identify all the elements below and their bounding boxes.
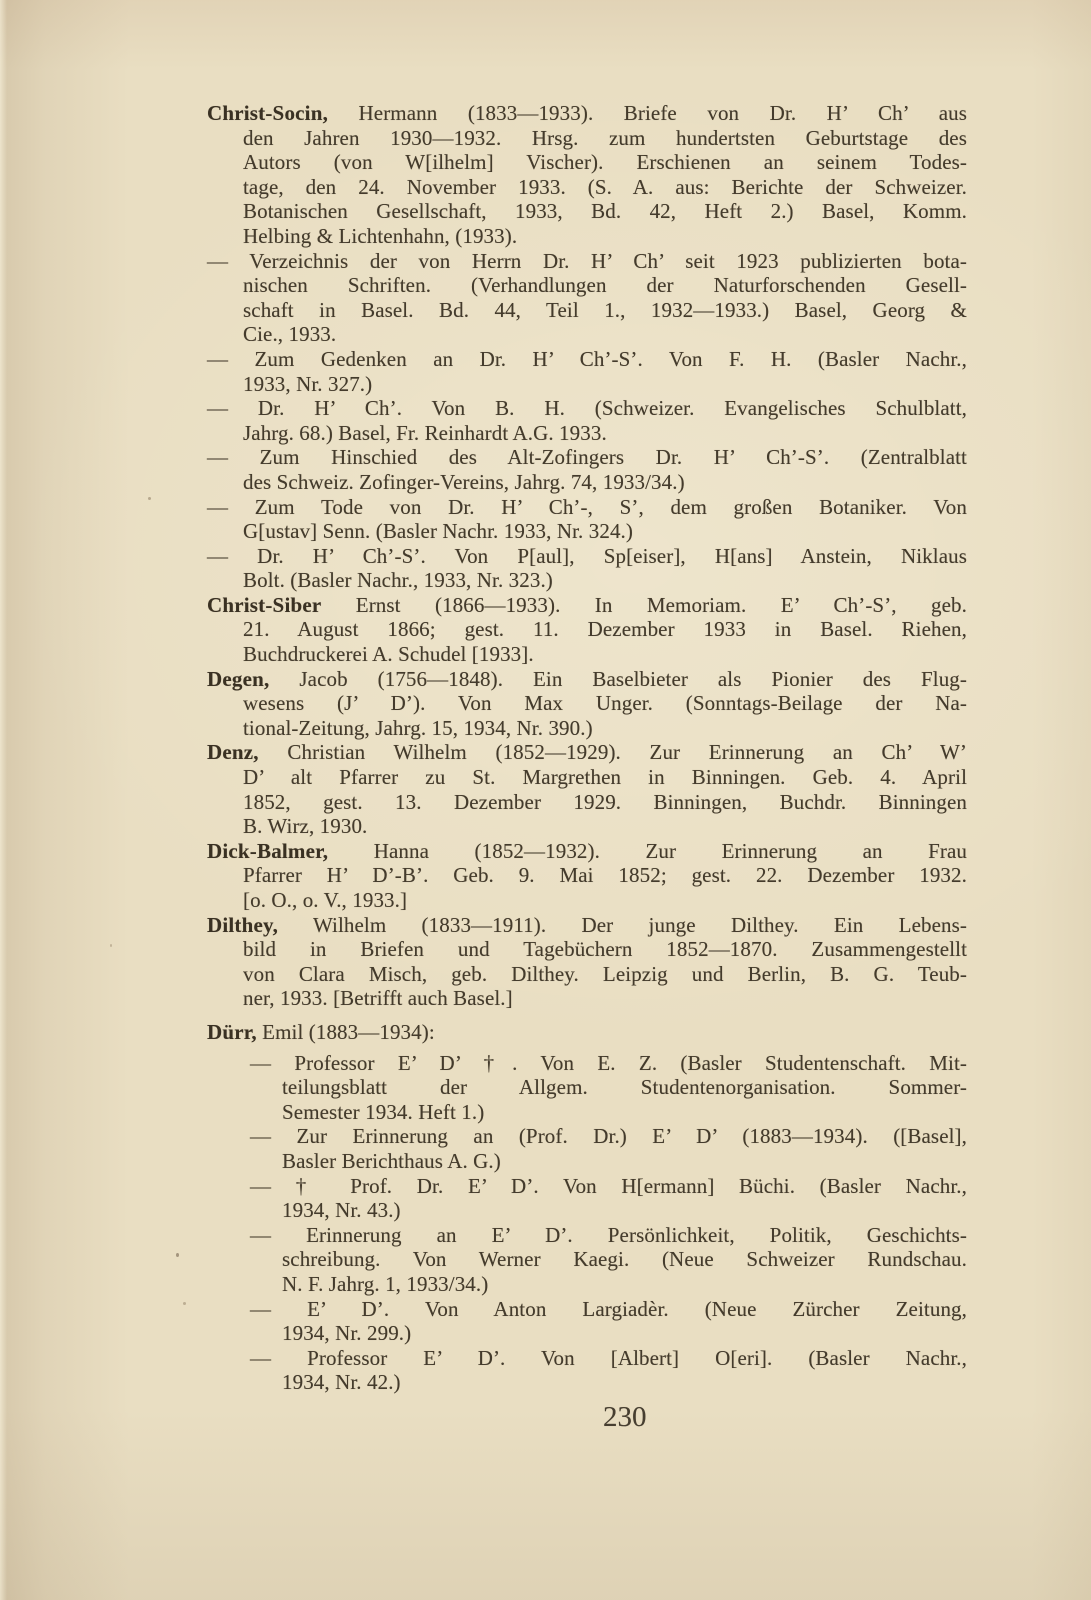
bibliography-entry: — Dr. H’ Ch’. Von B. H. (Schweizer. Evan… <box>207 396 967 445</box>
entry-headword: Dilthey, <box>207 913 278 937</box>
entry-line-text: Emil (1883—1934): <box>262 1020 435 1044</box>
entry-line: Autors (von W[ilhelm] Vischer). Erschien… <box>243 150 967 175</box>
entry-line: Cie., 1933. <box>243 322 967 347</box>
paper-speck <box>148 497 151 500</box>
bibliography-entry: — Zum Hinschied des Alt-Zofingers Dr. H’… <box>207 445 967 494</box>
bibliography-entry: — Zum Tode von Dr. H’ Ch’-, S’, dem groß… <box>207 495 967 544</box>
entry-line: Helbing & Lichtenhahn, (1933). <box>243 224 967 249</box>
bibliography-entry: — Verzeichnis der von Herrn Dr. H’ Ch’ s… <box>207 249 967 347</box>
bibliography-entry: Christ-Siber Ernst (1866—1933). In Memor… <box>207 593 967 667</box>
entry-line: Bolt. (Basler Nachr., 1933, Nr. 323.) <box>243 568 967 593</box>
bibliography-entry: Denz, Christian Wilhelm (1852—1929). Zur… <box>207 740 967 838</box>
entry-line: D’ alt Pfarrer zu St. Margrethen in Binn… <box>243 765 967 790</box>
entry-line: von Clara Misch, geb. Dilthey. Leipzig u… <box>243 962 967 987</box>
bibliography-entry: Christ-Socin, Hermann (1833—1933). Brief… <box>207 101 967 249</box>
bibliography-entry: — Erinnerung an E’ D’. Persönlichkeit, P… <box>207 1223 967 1297</box>
entry-headword: Christ-Siber <box>207 593 321 617</box>
entry-line-text: Hanna (1852—1932). Zur Erinnerung an Fra… <box>374 839 967 863</box>
entry-line: 21. August 1866; gest. 11. Dezember 1933… <box>243 617 967 642</box>
entry-line: 1934, Nr. 299.) <box>282 1321 967 1346</box>
page-number: 230 <box>603 1401 647 1433</box>
entry-line: wesens (J’ D’). Von Max Unger. (Sonntags… <box>243 691 967 716</box>
entry-line: Botanischen Gesellschaft, 1933, Bd. 42, … <box>243 199 967 224</box>
entry-line: nischen Schriften. (Verhandlungen der Na… <box>243 273 967 298</box>
entry-line: Pfarrer H’ D’-B’. Geb. 9. Mai 1852; gest… <box>243 863 967 888</box>
entry-line: — † Prof. Dr. E’ D’. Von H[ermann] Büchi… <box>282 1174 967 1199</box>
bibliography-text-block: Christ-Socin, Hermann (1833—1933). Brief… <box>207 101 967 1395</box>
entry-line: Denz, Christian Wilhelm (1852—1929). Zur… <box>243 740 967 765</box>
bibliography-entry: Dick-Balmer, Hanna (1852—1932). Zur Erin… <box>207 839 967 913</box>
entry-line: Basler Berichthaus A. G.) <box>282 1149 967 1174</box>
entry-line: — Professor E’ D’. Von [Albert] O[eri]. … <box>282 1346 967 1371</box>
paper-speck <box>110 944 112 947</box>
entry-line-text: Jacob (1756—1848). Ein Baselbieter als P… <box>299 667 967 691</box>
entry-line: 1852, gest. 13. Dezember 1929. Binningen… <box>243 790 967 815</box>
entry-line: — Erinnerung an E’ D’. Persönlichkeit, P… <box>282 1223 967 1248</box>
entry-line: ner, 1933. [Betrifft auch Basel.] <box>243 986 967 1011</box>
entry-line: tage, den 24. November 1933. (S. A. aus:… <box>243 175 967 200</box>
entry-line: B. Wirz, 1930. <box>243 814 967 839</box>
bibliography-entry: Dürr, Emil (1883—1934): <box>207 1020 967 1045</box>
entry-headword: Degen, <box>207 667 269 691</box>
entry-line: Dick-Balmer, Hanna (1852—1932). Zur Erin… <box>243 839 967 864</box>
entry-line: — Zum Gedenken an Dr. H’ Ch’-S’. Von F. … <box>243 347 967 372</box>
entry-line: bild in Briefen und Tagebüchern 1852—187… <box>243 937 967 962</box>
entry-line: — Dr. H’ Ch’. Von B. H. (Schweizer. Evan… <box>243 396 967 421</box>
entry-line: G[ustav] Senn. (Basler Nachr. 1933, Nr. … <box>243 519 967 544</box>
entry-line: — Zum Tode von Dr. H’ Ch’-, S’, dem groß… <box>243 495 967 520</box>
entry-headword: Dürr, <box>207 1020 257 1044</box>
entry-line: Christ-Socin, Hermann (1833—1933). Brief… <box>243 101 967 126</box>
entry-headword: Denz, <box>207 740 259 764</box>
entry-line-text: Wilhelm (1833—1911). Der junge Dilthey. … <box>313 913 967 937</box>
entry-line: — Zum Hinschied des Alt-Zofingers Dr. H’… <box>243 445 967 470</box>
entry-line: den Jahren 1930—1932. Hrsg. zum hunderts… <box>243 126 967 151</box>
entry-headword: Christ-Socin, <box>207 101 328 125</box>
entry-line: — E’ D’. Von Anton Largiadèr. (Neue Zürc… <box>282 1297 967 1322</box>
entry-line: tional-Zeitung, Jahrg. 15, 1934, Nr. 390… <box>243 716 967 741</box>
bibliography-entry: — Professor E’ D’. Von [Albert] O[eri]. … <box>207 1346 967 1395</box>
entry-line: 1934, Nr. 42.) <box>282 1370 967 1395</box>
entry-line: — Professor E’ D’ †. Von E. Z. (Basler S… <box>282 1051 967 1076</box>
paper-speck <box>183 1302 186 1305</box>
entry-line: — Zur Erinnerung an (Prof. Dr.) E’ D’ (1… <box>282 1124 967 1149</box>
paper-speck <box>176 1253 179 1257</box>
bibliography-entry: — Zum Gedenken an Dr. H’ Ch’-S’. Von F. … <box>207 347 967 396</box>
entry-line: Christ-Siber Ernst (1866—1933). In Memor… <box>243 593 967 618</box>
bibliography-entry: Dilthey, Wilhelm (1833—1911). Der junge … <box>207 913 967 1011</box>
entry-line: — Verzeichnis der von Herrn Dr. H’ Ch’ s… <box>243 249 967 274</box>
entry-line: 1934, Nr. 43.) <box>282 1198 967 1223</box>
bibliography-entry: — E’ D’. Von Anton Largiadèr. (Neue Zürc… <box>207 1297 967 1346</box>
entry-line: N. F. Jahrg. 1, 1933/34.) <box>282 1272 967 1297</box>
entry-line: des Schweiz. Zofinger-Vereins, Jahrg. 74… <box>243 470 967 495</box>
entry-line-text: Hermann (1833—1933). Briefe von Dr. H’ C… <box>359 101 967 125</box>
entry-line: schaft in Basel. Bd. 44, Teil 1., 1932—1… <box>243 298 967 323</box>
bibliography-entry: — Professor E’ D’ †. Von E. Z. (Basler S… <box>207 1051 967 1125</box>
bibliography-entry: — Dr. H’ Ch’-S’. Von P[aul], Sp[eiser], … <box>207 544 967 593</box>
entry-line: Dilthey, Wilhelm (1833—1911). Der junge … <box>243 913 967 938</box>
entry-line: teilungsblatt der Allgem. Studentenorgan… <box>282 1075 967 1100</box>
entry-line: Jahrg. 68.) Basel, Fr. Reinhardt A.G. 19… <box>243 421 967 446</box>
entry-line: [o. O., o. V., 1933.] <box>243 888 967 913</box>
entry-line: Buchdruckerei A. Schudel [1933]. <box>243 642 967 667</box>
entry-headword: Dick-Balmer, <box>207 839 328 863</box>
entry-line: — Dr. H’ Ch’-S’. Von P[aul], Sp[eiser], … <box>243 544 967 569</box>
entry-line: 1933, Nr. 327.) <box>243 372 967 397</box>
entry-line: Degen, Jacob (1756—1848). Ein Baselbiete… <box>243 667 967 692</box>
bibliography-entry: Degen, Jacob (1756—1848). Ein Baselbiete… <box>207 667 967 741</box>
bibliography-entry: — Zur Erinnerung an (Prof. Dr.) E’ D’ (1… <box>207 1124 967 1173</box>
entry-line-text: Christian Wilhelm (1852—1929). Zur Erinn… <box>287 740 967 764</box>
entry-line: Semester 1934. Heft 1.) <box>282 1100 967 1125</box>
entry-line-text: Ernst (1866—1933). In Memoriam. E’ Ch’-S… <box>356 593 967 617</box>
bibliography-entry: — † Prof. Dr. E’ D’. Von H[ermann] Büchi… <box>207 1174 967 1223</box>
entry-line: Dürr, Emil (1883—1934): <box>243 1020 967 1045</box>
paper-speck <box>490 480 492 482</box>
scanned-book-page: { "page": { "number": "230", "paper_colo… <box>0 0 1091 1600</box>
entry-line: schreibung. Von Werner Kaegi. (Neue Schw… <box>282 1247 967 1272</box>
